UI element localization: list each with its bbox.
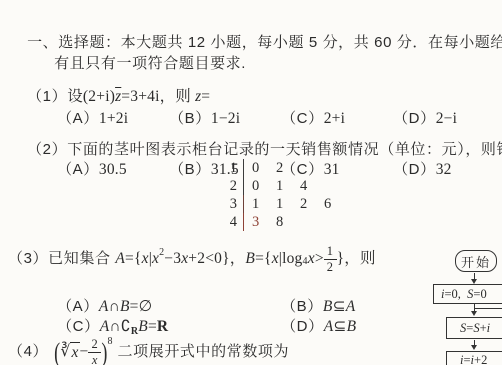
- set-b-symbol: B: [245, 249, 255, 269]
- init-text: =0,: [444, 287, 467, 302]
- question-2-option-a: （A）30.5: [38, 140, 127, 200]
- stem-leaf-row: 2 014: [221, 177, 348, 195]
- minus-symbol: −: [80, 342, 89, 362]
- subset-symbol: ⊆: [333, 318, 346, 335]
- fraction-one-half: 12: [324, 244, 337, 274]
- flowchart-increment-box: i=i+2: [446, 351, 502, 365]
- q3-x4: x: [272, 249, 279, 269]
- fraction-denominator: x: [88, 353, 101, 365]
- option-value: 30.5: [99, 161, 127, 178]
- option-label: （A）: [57, 161, 99, 178]
- exponent-8: 8: [108, 332, 113, 352]
- q3-eq1: ={: [125, 249, 142, 269]
- equals: =: [466, 321, 473, 336]
- q3-m2: +2<0}，: [188, 249, 245, 269]
- fraction-2-over-x: 2x: [88, 337, 101, 365]
- option-label: （B）: [169, 161, 211, 178]
- fraction-denominator: 2: [324, 260, 337, 274]
- option-label: （D）: [281, 318, 324, 335]
- option-value: 32: [436, 161, 452, 178]
- cube-root-symbol: ∛: [60, 342, 70, 362]
- leaf-value-highlighted: 3: [252, 213, 276, 231]
- leaf-value: 0: [252, 177, 276, 195]
- init-text2: =0: [473, 287, 486, 302]
- option-label: （D）: [393, 161, 436, 178]
- q3-end: }，则: [337, 249, 376, 269]
- stem-leaf-row: 4 38: [221, 213, 348, 231]
- leaf-value: 0: [252, 159, 276, 177]
- reals-symbol: R: [157, 318, 168, 335]
- var-i: i: [487, 321, 490, 336]
- option-label: （C）: [57, 318, 100, 335]
- q3-x3: x: [181, 249, 188, 269]
- question-4-number: （4）: [8, 342, 48, 362]
- opt-d-B: B: [347, 318, 357, 335]
- fraction-numerator: 1: [324, 244, 337, 259]
- leaf-value: 4: [300, 177, 324, 195]
- leaf-value: 1: [276, 177, 300, 195]
- log-symbol: log: [282, 249, 302, 269]
- question-4-text: 二项展开式中的常数项为: [113, 342, 289, 362]
- flowchart-loopback-line: [475, 308, 502, 309]
- q3-pre: 已知集合: [48, 249, 115, 269]
- increment-text: +2: [474, 353, 487, 365]
- leaf-value: 2: [276, 159, 300, 177]
- flowchart-init-box: i=0, S=0: [433, 284, 502, 304]
- question-4-stem: （4）(∛x−2x)8 二项展开式中的常数项为: [8, 336, 289, 365]
- stem-leaf-row: 3 1126: [221, 195, 348, 213]
- radicand-x: x: [70, 342, 79, 363]
- left-paren: (: [54, 337, 60, 365]
- stem-leaf-row: 1 02: [221, 159, 348, 177]
- leaf-values: 1126: [243, 195, 348, 213]
- q3-x5: x: [308, 249, 315, 269]
- log-base: 4: [303, 252, 308, 272]
- equals: =: [463, 353, 470, 365]
- complement-symbol: ∁: [121, 318, 131, 335]
- flowchart-arrowhead: [471, 345, 477, 350]
- leaf-values: 014: [243, 177, 324, 195]
- leaf-value: 1: [252, 195, 276, 213]
- stem-leaf-plot: 1 02 2 014 3 1126 4 38: [221, 159, 348, 231]
- stem-value: 2: [221, 177, 243, 195]
- q3-eq2: ={: [255, 249, 272, 269]
- flowchart-start-label: 开始: [461, 252, 491, 271]
- stem-value: 3: [221, 195, 243, 213]
- leaf-values: 38: [243, 213, 300, 231]
- leaf-value: 2: [300, 195, 324, 213]
- leaf-values: 02: [243, 159, 300, 177]
- opt-d-A: A: [324, 318, 334, 335]
- stem-value: 4: [221, 213, 243, 231]
- flowchart-start-box: 开始: [455, 250, 497, 272]
- set-a-symbol: A: [115, 249, 125, 269]
- question-3-number: （3）: [8, 249, 48, 269]
- q3-m1: −3: [164, 249, 181, 269]
- flowchart-arrowhead: [471, 311, 477, 316]
- q3-x2: x: [152, 249, 159, 269]
- q3-x1: x: [142, 249, 149, 269]
- fraction-numerator: 2: [88, 337, 101, 352]
- leaf-value: 8: [276, 213, 300, 231]
- question-2-option-d: （D）32: [374, 140, 452, 200]
- opt-c-B: B: [138, 318, 148, 335]
- stem-value: 1: [221, 159, 243, 177]
- flowchart-sum-box: S=S+i: [446, 317, 502, 339]
- plus: +: [480, 321, 487, 336]
- q3-exponent-2: 2: [159, 243, 164, 263]
- leaf-value: 6: [324, 195, 348, 213]
- question-3-stem: （3）已知集合 A={x|x2−3x+2<0}，B={x|log4x>12}，则: [8, 243, 376, 275]
- exam-page: 一、选择题：本大题共 12 小题，每小题 5 分，共 60 分．在每小题给出的四…: [0, 0, 502, 365]
- q3-gt: >: [315, 249, 324, 269]
- leaf-value: 1: [276, 195, 300, 213]
- equals-symbol: =: [148, 318, 157, 335]
